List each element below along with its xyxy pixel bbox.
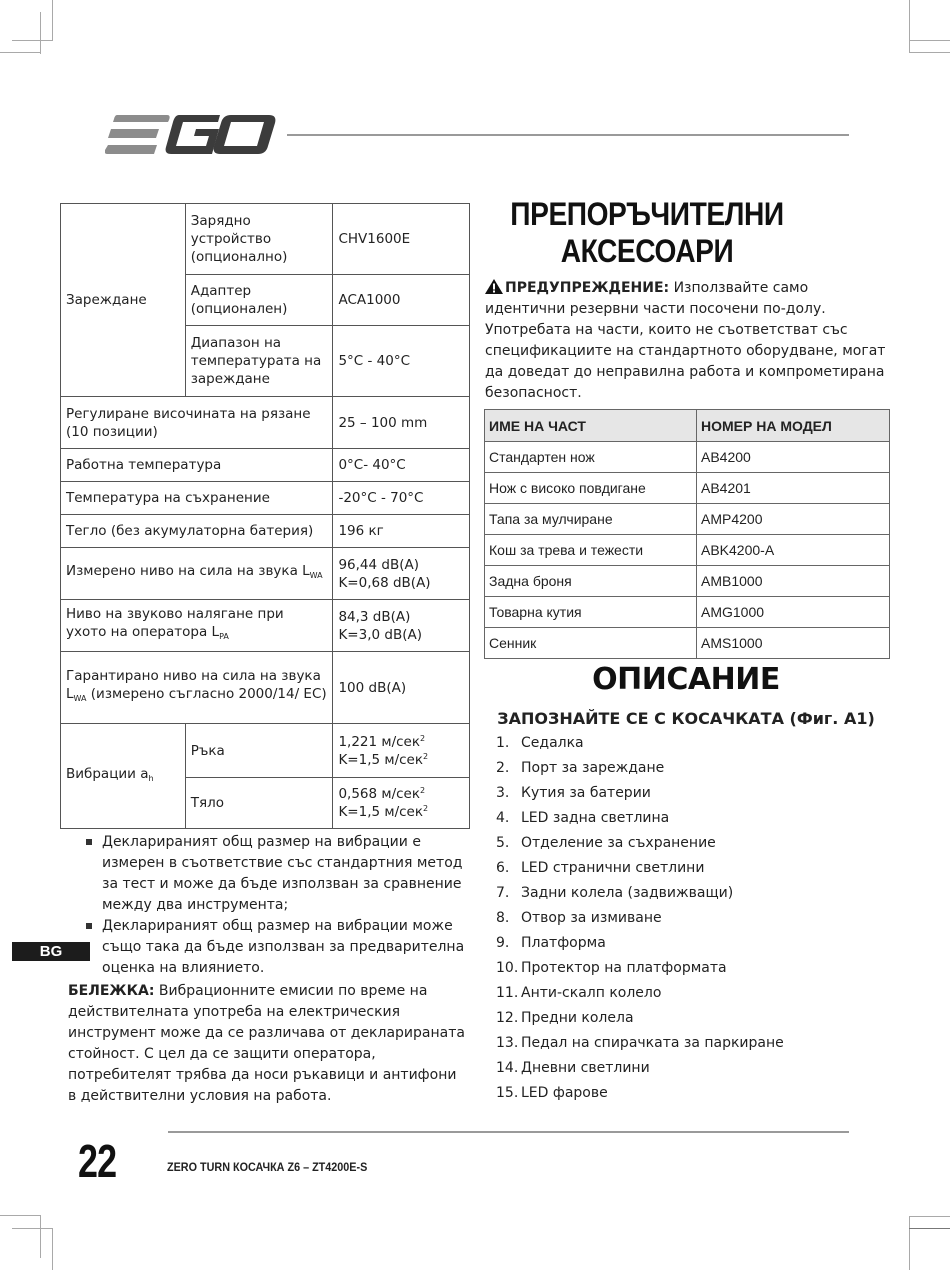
crop-mark	[52, 1228, 53, 1270]
spec-label: Регулиране височината на рязане (10 пози…	[61, 397, 333, 449]
list-item-number: 4.	[496, 806, 521, 831]
list-item: 12.Предни колела	[496, 1006, 896, 1031]
list-item: 9.Платформа	[496, 931, 896, 956]
spec-label: Температура на съхранение	[61, 482, 333, 515]
list-item-text: Задни колела (задвижващи)	[521, 881, 733, 906]
list-item: 8.Отвор за измиване	[496, 906, 896, 931]
list-item-number: 8.	[496, 906, 521, 931]
crop-mark	[0, 52, 41, 53]
spec-value: 196 кг	[333, 515, 470, 548]
footer-title: ZERO TURN КОСАЧКА Z6 – ZT4200E-S	[167, 1160, 367, 1174]
spec-label: Измерено ниво на сила на звука LWA	[61, 548, 333, 600]
vibration-notes: Декларираният общ размер на вибрации е и…	[84, 832, 469, 979]
spec-value: 5°C - 40°C	[333, 326, 470, 397]
list-item-text: Платформа	[521, 931, 606, 956]
description-heading: ОПИСАНИЕ	[484, 662, 888, 697]
list-item: 14.Дневни светлини	[496, 1056, 896, 1081]
description-subheading: ЗАПОЗНАЙТЕ СЕ С КОСАЧКАТА (Фиг. А1)	[484, 709, 888, 728]
crop-mark	[909, 1216, 950, 1217]
list-item-number: 12.	[496, 1006, 521, 1031]
list-item-text: LED задна светлина	[521, 806, 669, 831]
column-header: НОМЕР НА МОДЕЛ	[697, 410, 890, 442]
list-item-text: Педал на спирачката за паркиране	[521, 1031, 784, 1056]
crop-mark	[0, 1215, 41, 1216]
list-item-text: Седалка	[521, 731, 584, 756]
accessories-heading: ПРЕПОРЪЧИТЕЛНИ АКСЕСОАРИ	[502, 196, 792, 270]
list-item-number: 13.	[496, 1031, 521, 1056]
spec-value: 0°C- 40°C	[333, 449, 470, 482]
list-item-number: 14.	[496, 1056, 521, 1081]
spec-label: Ръка	[185, 724, 333, 778]
spec-label: Диапазон на температурата на зареждане	[185, 326, 333, 397]
crop-mark	[40, 12, 41, 54]
parts-list: 1.Седалка2.Порт за зареждане3.Кутия за б…	[496, 731, 896, 1106]
list-item-text: Кутия за батерии	[521, 781, 651, 806]
list-item-text: Отделение за съхранение	[521, 831, 716, 856]
crop-mark	[12, 40, 53, 41]
spec-group-label: Вибрации ah	[61, 724, 186, 829]
list-item-text: Анти-скалп колело	[521, 981, 661, 1006]
warning-label: ПРЕДУПРЕЖДЕНИЕ:	[505, 280, 669, 296]
spec-label: Гарантирано ниво на сила на звука LWA (и…	[61, 652, 333, 724]
header-divider	[287, 134, 849, 136]
spec-group-label: Зареждане	[61, 204, 186, 397]
spec-value: CHV1600E	[333, 204, 470, 275]
bullet-item: Декларираният общ размер на вибрации мож…	[84, 916, 469, 979]
crop-mark	[909, 0, 910, 52]
list-item: 6.LED странични светлини	[496, 856, 896, 881]
spec-label: Тегло (без акумулаторна батерия)	[61, 515, 333, 548]
table-row: Тапа за мулчиранеAMP4200	[485, 504, 890, 535]
warning-triangle-icon	[485, 279, 503, 294]
list-item-number: 15.	[496, 1081, 521, 1106]
list-item-number: 1.	[496, 731, 521, 756]
table-row: Товарна кутияAMG1000	[485, 597, 890, 628]
spec-label: Работна температура	[61, 449, 333, 482]
list-item: 1.Седалка	[496, 731, 896, 756]
crop-mark	[12, 1228, 53, 1229]
list-item: 10.Протектор на платформата	[496, 956, 896, 981]
list-item-text: Порт за зареждане	[521, 756, 664, 781]
list-item: 15.LED фарове	[496, 1081, 896, 1106]
spec-label: Адаптер (опционален)	[185, 275, 333, 326]
spec-value: 1,221 м/сек2K=1,5 м/сек2	[333, 724, 470, 778]
spec-label: Зарядно устройство (опционално)	[185, 204, 333, 275]
spec-value: 84,3 dB(A)K=3,0 dB(A)	[333, 600, 470, 652]
list-item: 4.LED задна светлина	[496, 806, 896, 831]
table-row: Задна броняAMB1000	[485, 566, 890, 597]
specs-table: Зареждане Зарядно устройство (опционално…	[60, 203, 470, 829]
note-label: БЕЛЕЖКА:	[68, 983, 154, 999]
list-item: 11.Анти-скалп колело	[496, 981, 896, 1006]
list-item-number: 10.	[496, 956, 521, 981]
table-row: Стандартен ножAB4200	[485, 442, 890, 473]
list-item-number: 9.	[496, 931, 521, 956]
list-item-text: Отвор за измиване	[521, 906, 662, 931]
spec-value: ACA1000	[333, 275, 470, 326]
list-item-number: 3.	[496, 781, 521, 806]
crop-mark	[909, 52, 950, 53]
list-item: 5.Отделение за съхранение	[496, 831, 896, 856]
list-item-text: LED фарове	[521, 1081, 608, 1106]
list-item-text: Дневни светлини	[521, 1056, 650, 1081]
list-item-number: 2.	[496, 756, 521, 781]
spec-label: Тяло	[185, 778, 333, 829]
list-item: 13.Педал на спирачката за паркиране	[496, 1031, 896, 1056]
list-item-number: 5.	[496, 831, 521, 856]
page-number: 22	[78, 1134, 116, 1188]
warning-paragraph: ПРЕДУПРЕЖДЕНИЕ: Използвайте само идентич…	[485, 278, 890, 404]
parts-table: ИМЕ НА ЧАСТ НОМЕР НА МОДЕЛ Стандартен но…	[484, 409, 890, 659]
list-item-text: LED странични светлини	[521, 856, 704, 881]
table-row: Нож с високо повдиганеAB4201	[485, 473, 890, 504]
note-paragraph: БЕЛЕЖКА: Вибрационните емисии по време н…	[68, 981, 468, 1107]
list-item-text: Предни колела	[521, 1006, 634, 1031]
footer-divider	[168, 1131, 849, 1133]
spec-value: 100 dB(A)	[333, 652, 470, 724]
crop-mark	[52, 0, 53, 41]
spec-value: -20°C - 70°C	[333, 482, 470, 515]
list-item-text: Протектор на платформата	[521, 956, 727, 981]
list-item: 2.Порт за зареждане	[496, 756, 896, 781]
list-item-number: 7.	[496, 881, 521, 906]
ego-logo	[105, 114, 277, 154]
list-item: 3.Кутия за батерии	[496, 781, 896, 806]
spec-value: 0,568 м/сек2K=1,5 м/сек2	[333, 778, 470, 829]
list-item-number: 11.	[496, 981, 521, 1006]
list-item-number: 6.	[496, 856, 521, 881]
crop-mark	[909, 40, 950, 41]
crop-mark	[909, 1228, 950, 1229]
spec-label: Ниво на звуково налягане при ухото на оп…	[61, 600, 333, 652]
language-badge: BG	[12, 942, 90, 961]
table-row: Кош за трева и тежестиABK4200-A	[485, 535, 890, 566]
bullet-item: Декларираният общ размер на вибрации е и…	[84, 832, 469, 916]
list-item: 7.Задни колела (задвижващи)	[496, 881, 896, 906]
column-header: ИМЕ НА ЧАСТ	[485, 410, 697, 442]
spec-value: 96,44 dB(A)K=0,68 dB(A)	[333, 548, 470, 600]
spec-value: 25 – 100 mm	[333, 397, 470, 449]
crop-mark	[909, 1216, 910, 1270]
crop-mark	[40, 1215, 41, 1258]
table-row: СенникAMS1000	[485, 628, 890, 659]
